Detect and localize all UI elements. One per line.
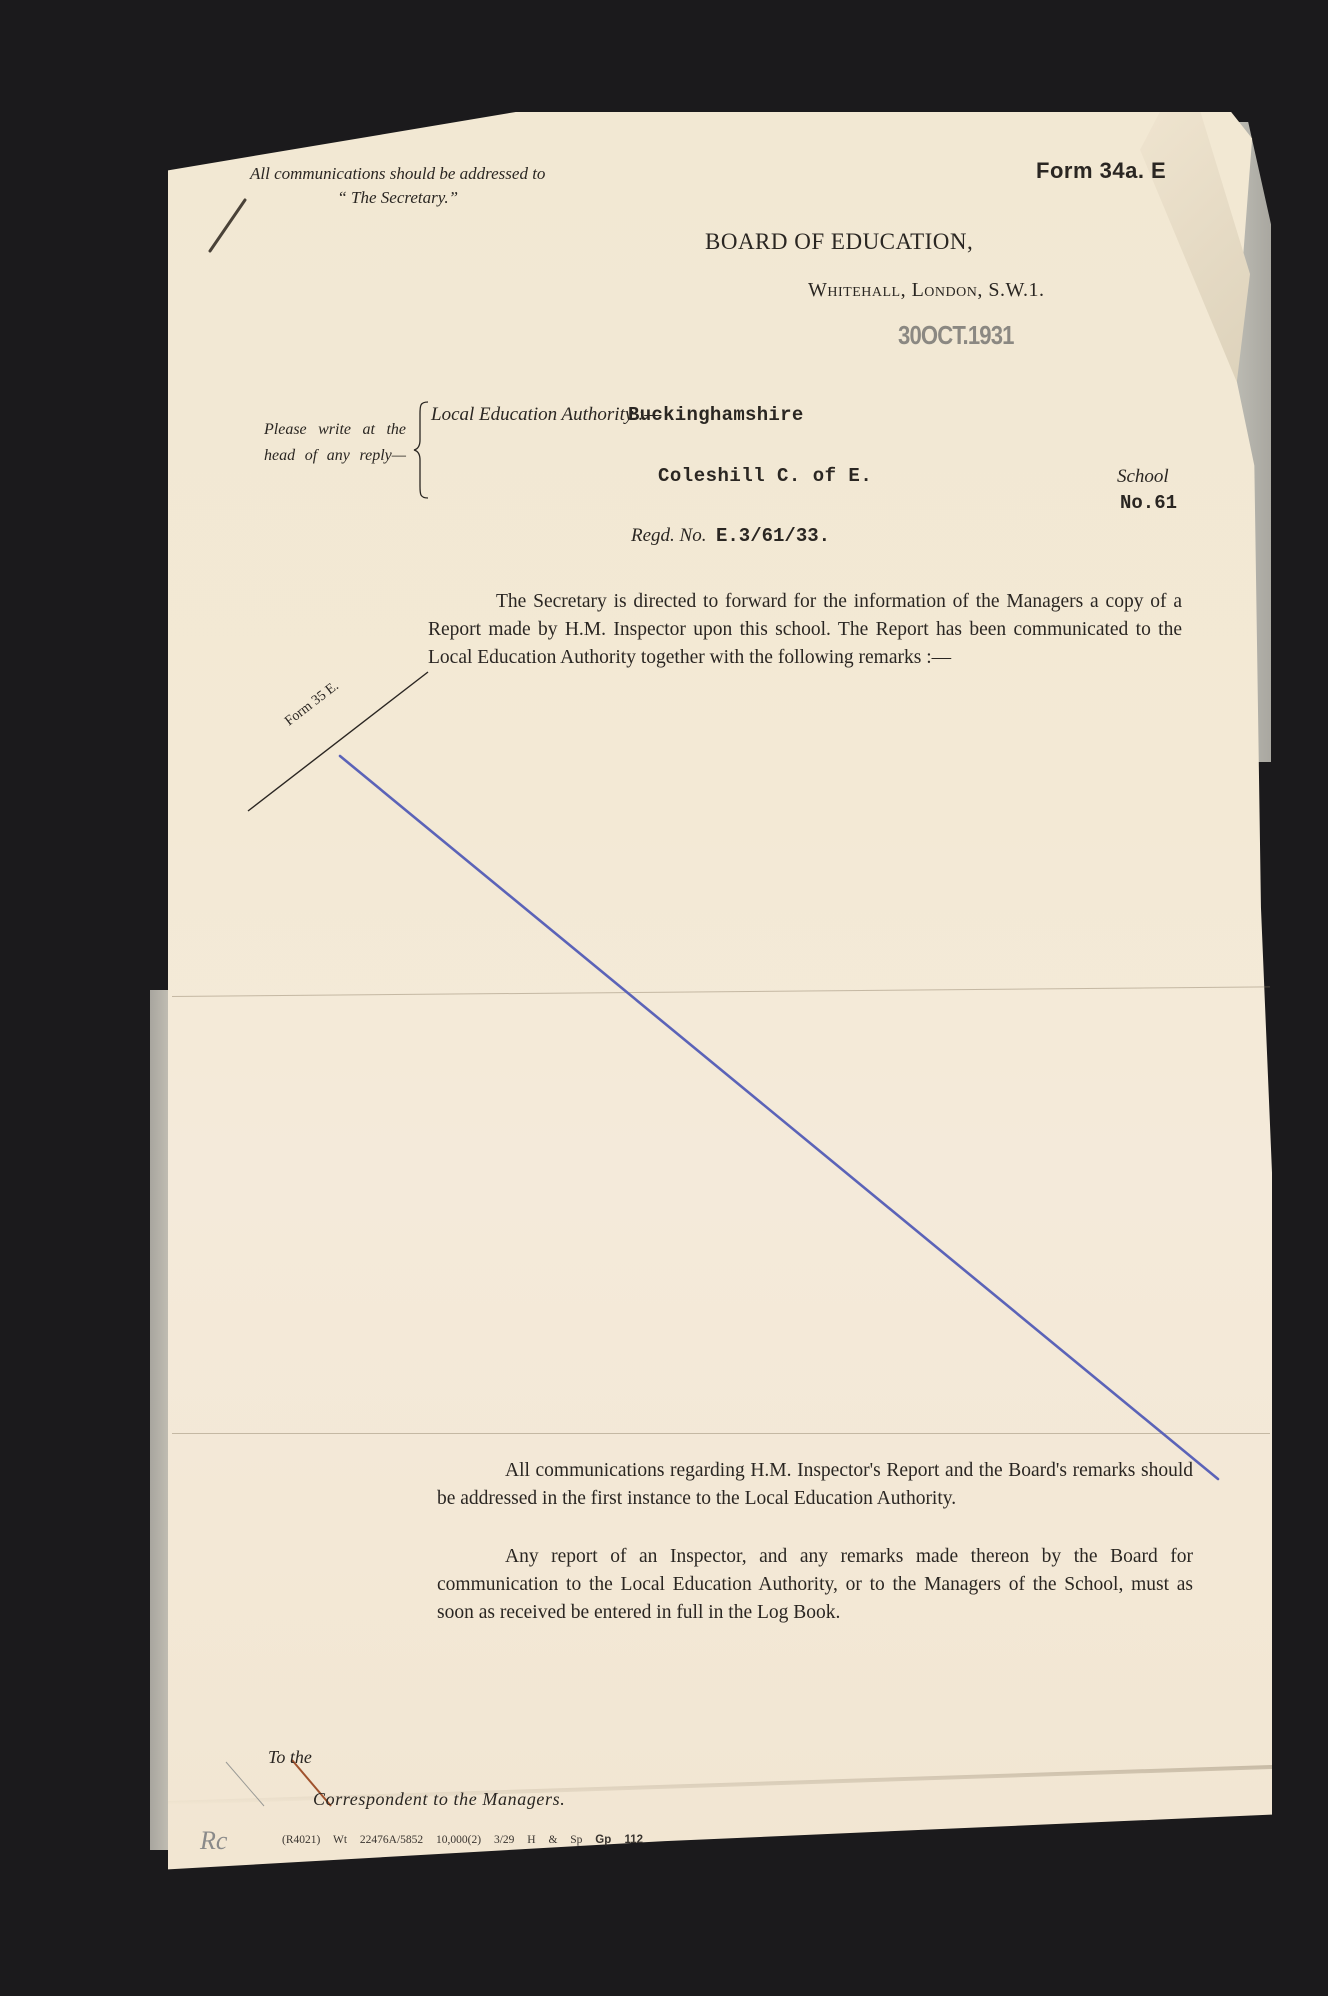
body-paragraph-3: Any report of an Inspector, and any rema…	[437, 1543, 1193, 1627]
addressee-line-1: To the	[268, 1747, 312, 1768]
faint-pencil-mark	[226, 1762, 264, 1806]
pencil-initials: Rc	[200, 1826, 227, 1856]
print-code: (R4021) Wt 22476A/5852 10,000(2) 3/29 H …	[282, 1834, 643, 1846]
pencil-tick-mark	[210, 200, 245, 251]
annotation-lines	[0, 0, 1328, 1996]
print-code-text: (R4021) Wt 22476A/5852 10,000(2) 3/29 H …	[282, 1834, 582, 1846]
group-code: Gp 112	[595, 1834, 643, 1846]
body-paragraph-2: All communications regarding H.M. Inspec…	[437, 1457, 1193, 1513]
blue-pencil-strike-line	[340, 756, 1218, 1479]
addressee-line-2: Correspondent to the Managers.	[313, 1789, 565, 1810]
